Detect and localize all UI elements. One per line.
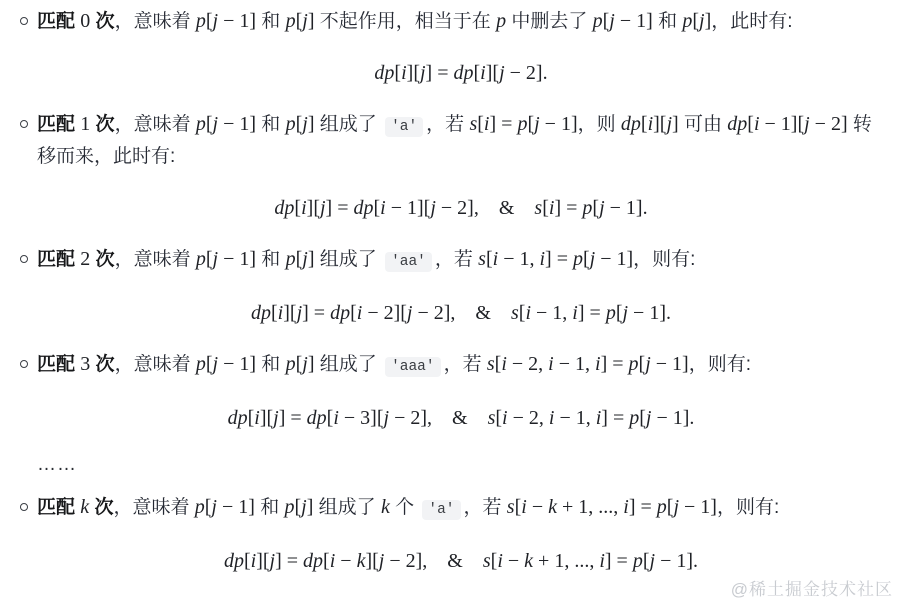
math-expression: s[i − 1, i] = p[j − 1] [478,248,633,270]
plain-text: ，意味着 [115,249,196,270]
display-formula: dp[i][j] = dp[i − 3][j − 2], & s[i − 2, … [37,404,885,432]
list-item: 匹配 1 次，意味着 p[j − 1] 和 p[j] 组成了 'a'，若 s[i… [20,109,885,222]
plain-text: 和 [256,114,286,135]
bullet-icon [20,503,28,511]
content-area: 匹配 0 次，意味着 p[j − 1] 和 p[j] 不起作用，相当于在 p 中… [0,0,907,575]
watermark: @稀土掘金技术社区 [731,575,893,600]
math-expression: p[j − 1] [196,113,256,135]
inline-code: 'aaa' [385,357,441,377]
math-expression: p[j − 1] [195,496,255,518]
plain-text: ，则有: [689,354,751,375]
math-expression: p[j − 1] [593,10,653,32]
bold-text: 次 [90,354,114,375]
list-item: 匹配 3 次，意味着 p[j − 1] 和 p[j] 组成了 'aaa'，若 s… [20,349,885,432]
bold-text: 匹配 [37,354,80,375]
math-expression: p[j] [286,248,315,270]
bold-text: 匹配 [37,497,80,518]
math-expression: dp[i][j] = dp[i − 1][j − 2], & s[i] = p[… [274,197,647,219]
math-expression: s[i] = p[j − 1] [469,113,577,135]
bullet-list: 匹配 0 次，意味着 p[j − 1] 和 p[j] 不起作用，相当于在 p 中… [20,6,885,575]
bullet-icon [20,360,28,368]
bold-text: 匹配 [37,114,80,135]
plain-text: ，意味着 [113,497,194,518]
display-formula: dp[i][j] = dp[i − 1][j − 2], & s[i] = p[… [37,194,885,222]
inline-code: 'aa' [385,252,432,272]
plain-text: 组成了 [315,114,383,135]
plain-text: 不起作用，相当于在 [315,11,497,32]
math-expression: 0 [80,10,90,32]
bold-text: 次 [90,249,114,270]
bold-text: 次 [89,497,113,518]
plain-text: ，则 [578,114,621,135]
math-expression: p[j − 1] [196,353,256,375]
inline-code: 'a' [422,500,460,520]
plain-text: ，若 [444,354,487,375]
math-expression: p[j] [682,10,711,32]
plain-text: 可由 [679,114,728,135]
item-text: 匹配 k 次，意味着 p[j − 1] 和 p[j] 组成了 k 个 'a'，若… [37,492,885,525]
math-expression: dp[i][j] = dp[i][j − 2]. [374,62,547,84]
plain-text: ，若 [464,497,507,518]
bullet-icon [20,17,28,25]
bold-text: 次 [90,114,114,135]
plain-text: 组成了 [313,497,381,518]
plain-text: ，意味着 [115,11,196,32]
math-expression: p[j] [286,10,315,32]
math-expression: p[j − 1] [196,10,256,32]
plain-text: ，若 [435,249,478,270]
display-formula: dp[i][j] = dp[i − k][j − 2], & s[i − k +… [37,547,885,575]
math-expression: p[j] [284,496,313,518]
math-expression: dp[i][j] [621,113,679,135]
item-text: 匹配 1 次，意味着 p[j − 1] 和 p[j] 组成了 'a'，若 s[i… [37,109,885,172]
list-item: 匹配 k 次，意味着 p[j − 1] 和 p[j] 组成了 k 个 'a'，若… [20,492,885,575]
plain-text: 组成了 [315,249,383,270]
plain-text: ，此时有: [711,11,792,32]
math-expression: 1 [80,113,90,135]
ellipsis-line: …… [20,454,885,476]
plain-text: ，则有: [717,497,779,518]
bullet-icon [20,120,28,128]
math-expression: p[j] [286,113,315,135]
list-item: 匹配 0 次，意味着 p[j − 1] 和 p[j] 不起作用，相当于在 p 中… [20,6,885,87]
math-expression: 2 [80,248,90,270]
plain-text: 和 [256,354,286,375]
list-item: 匹配 2 次，意味着 p[j − 1] 和 p[j] 组成了 'aa'，若 s[… [20,244,885,327]
math-expression: dp[i − 1][j − 2] [727,113,847,135]
plain-text: 和 [256,11,286,32]
math-expression: dp[i][j] = dp[i − 2][j − 2], & s[i − 1, … [251,302,671,324]
plain-text: 组成了 [315,354,383,375]
bold-text: 匹配 [37,249,80,270]
plain-text: ，若 [426,114,469,135]
plain-text: 和 [255,497,285,518]
math-expression: dp[i][j] = dp[i − k][j − 2], & s[i − k +… [224,550,698,572]
item-text: 匹配 2 次，意味着 p[j − 1] 和 p[j] 组成了 'aa'，若 s[… [37,244,885,277]
math-expression: 3 [80,353,90,375]
math-expression: dp[i][j] = dp[i − 3][j − 2], & s[i − 2, … [228,407,695,429]
bold-text: 次 [90,11,114,32]
item-text: 匹配 3 次，意味着 p[j − 1] 和 p[j] 组成了 'aaa'，若 s… [37,349,885,382]
plain-text: 中删去了 [506,11,593,32]
math-expression: p[j − 1] [196,248,256,270]
math-expression: s[i − 2, i − 1, i] = p[j − 1] [487,353,689,375]
math-expression: k [80,496,89,518]
item-text: 匹配 0 次，意味着 p[j − 1] 和 p[j] 不起作用，相当于在 p 中… [37,6,885,37]
math-expression: p [496,10,506,32]
inline-code: 'a' [385,117,423,137]
plain-text: ，意味着 [115,354,196,375]
display-formula: dp[i][j] = dp[i − 2][j − 2], & s[i − 1, … [37,299,885,327]
plain-text: 个 [390,497,420,518]
plain-text: 和 [653,11,683,32]
plain-text: 和 [256,249,286,270]
math-expression: k [381,496,390,518]
plain-text: ，意味着 [115,114,196,135]
bullet-icon [20,255,28,263]
math-expression: p[j] [286,353,315,375]
math-expression: s[i − k + 1, ..., i] = p[j − 1] [507,496,717,518]
plain-text: ，则有: [633,249,695,270]
bold-text: 匹配 [37,11,80,32]
display-formula: dp[i][j] = dp[i][j − 2]. [37,59,885,87]
